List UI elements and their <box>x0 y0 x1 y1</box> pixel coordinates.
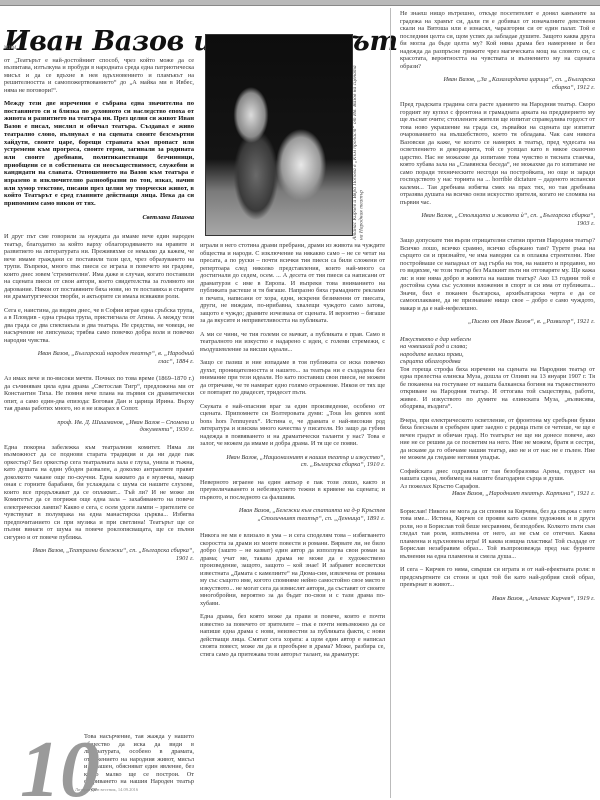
body-paragraph: играли в него стотина драми пребрани, др… <box>200 242 385 325</box>
quote-source: Иван Вазов, „Бележки към статията на д-р… <box>200 507 385 522</box>
body-paragraph: А ми се чини, че тия големи се мачкат, а… <box>200 331 385 354</box>
quote-source: Иван Вазов, „За „Казалардата царица“, сп… <box>400 76 595 91</box>
body-paragraph: Защо се пазиш и ние изпадаме в тоя публи… <box>200 359 385 397</box>
intro-paragraph: от „Театърът е най-достойният способ, чр… <box>4 57 194 95</box>
quote-paragraph: Тоя гореща строфа бяха изречени на сцена… <box>400 366 595 411</box>
quote-paragraph: Не знаеш нищо вътрешно, откъде посетител… <box>400 10 595 70</box>
stage-photograph <box>205 34 353 236</box>
quote-source: Иван Вазов, „Театрални бележки“, сп. „Бъ… <box>4 547 194 562</box>
verse-line: народите велики прави, <box>400 351 595 359</box>
quote-source: Иван Вазов, „Националният в нашия театър… <box>200 454 385 469</box>
quote-paragraph: Защо допускате тия върли отрицателни ста… <box>400 237 595 312</box>
quote-source: „Писмо от Иван Вазов“, в. „Развигор“, 19… <box>400 318 595 326</box>
quote-source: Иван Вазов, „Българский народен театър“,… <box>4 350 194 365</box>
column-divider <box>390 8 391 798</box>
quote-paragraph: Аз пожелах Кръстю Сарафов. <box>400 483 595 491</box>
footer-publication: Литературен вестник, 14.09.2016 <box>75 787 138 792</box>
body-paragraph: Неверното играене на един актьор е пак т… <box>200 479 385 502</box>
top-rule-bar <box>0 0 600 6</box>
kicker: МИМ <box>4 45 194 53</box>
body-paragraph: Скуката е най-опасния враг за един произ… <box>200 403 385 448</box>
quote-source: Иван Вазов, „Столицата и живота ѝ“, сп. … <box>400 212 595 227</box>
verse-line: сърцата облагородява <box>400 358 595 366</box>
column-1: МИМ от „Театърът е най-достойният способ… <box>4 45 194 572</box>
quote-paragraph: Борислав! Никога не мога да си спомня за… <box>400 508 595 561</box>
column-2: играли в него стотина драми пребрани, др… <box>200 242 385 664</box>
verse-line: Изкуството е дар небесен <box>400 336 595 344</box>
quote-paragraph: Пред градската градина сега расте здание… <box>400 101 595 206</box>
lead-paragraph: Между тези две изречения е събрана една … <box>4 100 194 208</box>
verse-line: на човешкий род и слава; <box>400 343 595 351</box>
body-paragraph: Една драма, без която може да прави и по… <box>200 613 385 658</box>
column-3: Не знаеш нищо вътрешно, откъде посетител… <box>400 10 595 612</box>
body-paragraph: Никога не ми е влизало в ума – и сега сп… <box>200 532 385 607</box>
quote-source: Иван Вазов, „Атанас Кирчев“, 1919 г. <box>400 595 595 603</box>
body-paragraph: И друг път сме говорили за нуждата да им… <box>4 233 194 301</box>
body-paragraph: Сега е, наистина, да видим днес, че в Со… <box>4 307 194 345</box>
author-signature: Светлана Пашова <box>4 214 194 222</box>
body-paragraph: Аз имах вече и по-високи мечти. Почнах п… <box>4 375 194 413</box>
quote-paragraph: Вчера, при електрическото осветление, от… <box>400 417 595 462</box>
quote-paragraph: И сега – Кирчев го няма, свърши си играт… <box>400 566 595 589</box>
photo-caption: Атанас Кирчев и Вяра Поповa в „Към пропа… <box>352 60 366 240</box>
quote-source: проф. Ив. Д. Шишманов, „Иван Вазов – Спо… <box>4 419 194 434</box>
body-paragraph: Една покорна забележка към театралния ко… <box>4 444 194 542</box>
quote-source: Иван Вазов, „Народният театър. Картини“,… <box>400 490 595 498</box>
verse-block: Изкуството е дар небесен на човешкий род… <box>400 336 595 366</box>
quote-paragraph: Софийската днес оздравяла от тая безобра… <box>400 468 595 483</box>
